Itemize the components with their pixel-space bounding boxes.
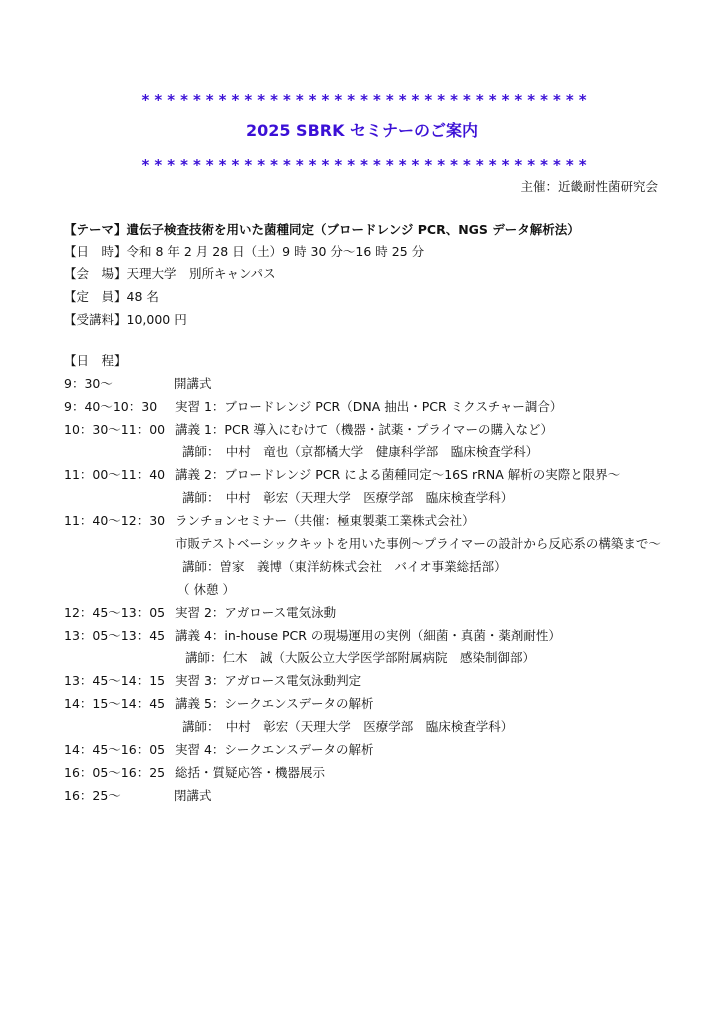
- asterisk-glyph: *: [306, 157, 319, 173]
- schedule-description: 実習 1：ブロードレンジ PCR（DNA 抽出・PCR ミクスチャー調合）: [175, 399, 562, 415]
- schedule-time: 16：25～: [64, 788, 121, 804]
- asterisk-glyph: *: [319, 92, 332, 108]
- asterisk-glyph: *: [139, 157, 152, 173]
- break-label: （ 休憩 ）: [177, 582, 235, 598]
- schedule-description: 講義 4：in-house PCR の現場運用の実例（細菌・真菌・薬剤耐性）: [175, 628, 561, 644]
- asterisk-glyph: *: [319, 157, 332, 173]
- asterisk-glyph: *: [538, 92, 551, 108]
- decorative-star-border-top: ***********************************: [139, 92, 589, 108]
- schedule-description: 開講式: [174, 376, 212, 392]
- schedule-time: 12：45～13：05: [64, 605, 165, 621]
- asterisk-glyph: *: [460, 92, 473, 108]
- asterisk-glyph: *: [473, 157, 486, 173]
- schedule-time: 9：40～10：30: [64, 399, 157, 415]
- asterisk-glyph: *: [486, 92, 499, 108]
- asterisk-glyph: *: [152, 92, 165, 108]
- decorative-star-border-bottom: ***********************************: [139, 157, 589, 173]
- asterisk-glyph: *: [152, 157, 165, 173]
- asterisk-glyph: *: [551, 157, 564, 173]
- asterisk-glyph: *: [499, 157, 512, 173]
- schedule-time: 13：45～14：15: [64, 673, 165, 689]
- asterisk-glyph: *: [358, 92, 371, 108]
- schedule-time: 11：00～11：40: [64, 467, 165, 483]
- asterisk-glyph: *: [139, 92, 152, 108]
- asterisk-glyph: *: [358, 157, 371, 173]
- asterisk-glyph: *: [409, 92, 422, 108]
- lecturer-info: 講師： 中村 彰宏（天理大学 医療学部 臨床検査学科）: [182, 490, 513, 506]
- asterisk-glyph: *: [422, 157, 435, 173]
- asterisk-glyph: *: [216, 92, 229, 108]
- schedule-heading: 【日 程】: [64, 353, 127, 369]
- asterisk-glyph: *: [396, 157, 409, 173]
- asterisk-glyph: *: [203, 92, 216, 108]
- asterisk-glyph: *: [486, 157, 499, 173]
- schedule-time: 11：40～12：30: [64, 513, 165, 529]
- asterisk-glyph: *: [409, 157, 422, 173]
- asterisk-glyph: *: [268, 157, 281, 173]
- asterisk-glyph: *: [370, 157, 383, 173]
- asterisk-glyph: *: [306, 92, 319, 108]
- asterisk-glyph: *: [383, 92, 396, 108]
- asterisk-glyph: *: [576, 92, 589, 108]
- schedule-description: 講義 5：シークエンスデータの解析: [175, 696, 374, 712]
- schedule-description: 閉講式: [174, 788, 212, 804]
- asterisk-glyph: *: [293, 92, 306, 108]
- asterisk-glyph: *: [242, 157, 255, 173]
- asterisk-glyph: *: [242, 92, 255, 108]
- asterisk-glyph: *: [551, 92, 564, 108]
- schedule-description: 総括・質疑応答・機器展示: [175, 765, 325, 781]
- schedule-description: ランチョンセミナー（共催：極東製薬工業株式会社）: [175, 513, 475, 529]
- lecturer-info: 講師： 中村 彰宏（天理大学 医療学部 臨床検査学科）: [182, 719, 513, 735]
- asterisk-glyph: *: [332, 157, 345, 173]
- asterisk-glyph: *: [229, 157, 242, 173]
- schedule-time: 16：05～16：25: [64, 765, 165, 781]
- asterisk-glyph: *: [383, 157, 396, 173]
- lecturer-info: 講師： 中村 竜也（京都橘大学 健康科学部 臨床検査学科）: [182, 444, 538, 460]
- asterisk-glyph: *: [165, 157, 178, 173]
- venue-line: 【会 場】天理大学 別所キャンパス: [64, 266, 276, 282]
- theme-line: 【テーマ】遺伝子検査技術を用いた菌種同定（ブロードレンジ PCR、NGS データ…: [64, 222, 580, 238]
- asterisk-glyph: *: [203, 157, 216, 173]
- asterisk-glyph: *: [525, 157, 538, 173]
- asterisk-glyph: *: [178, 157, 191, 173]
- schedule-time: 14：15～14：45: [64, 696, 165, 712]
- schedule-time: 10：30～11：00: [64, 422, 165, 438]
- page-title: 2025 SBRK セミナーのご案内: [0, 120, 724, 142]
- asterisk-glyph: *: [422, 92, 435, 108]
- asterisk-glyph: *: [165, 92, 178, 108]
- asterisk-glyph: *: [538, 157, 551, 173]
- asterisk-glyph: *: [525, 92, 538, 108]
- schedule-time: 13：05～13：45: [64, 628, 165, 644]
- schedule-time: 9：30～: [64, 376, 113, 392]
- asterisk-glyph: *: [332, 92, 345, 108]
- asterisk-glyph: *: [280, 92, 293, 108]
- lecturer-info: 講師：曽家 義博（東洋紡株式会社 バイオ事業総括部）: [182, 559, 507, 575]
- asterisk-glyph: *: [576, 157, 589, 173]
- asterisk-glyph: *: [229, 92, 242, 108]
- lecturer-info: 講師：仁木 誠（大阪公立大学医学部附属病院 感染制御部）: [185, 650, 535, 666]
- schedule-time: 14：45～16：05: [64, 742, 165, 758]
- asterisk-glyph: *: [448, 92, 461, 108]
- asterisk-glyph: *: [473, 92, 486, 108]
- asterisk-glyph: *: [396, 92, 409, 108]
- capacity-line: 【定 員】48 名: [64, 289, 159, 305]
- schedule-description: 講義 2：ブロードレンジ PCR による菌種同定～16S rRNA 解析の実際と…: [175, 467, 620, 483]
- asterisk-glyph: *: [345, 157, 358, 173]
- organizer-label: 主催：近畿耐性菌研究会: [520, 179, 658, 195]
- asterisk-glyph: *: [216, 157, 229, 173]
- asterisk-glyph: *: [255, 92, 268, 108]
- schedule-description: 実習 4：シークエンスデータの解析: [175, 742, 374, 758]
- asterisk-glyph: *: [435, 157, 448, 173]
- asterisk-glyph: *: [255, 157, 268, 173]
- asterisk-glyph: *: [293, 157, 306, 173]
- asterisk-glyph: *: [512, 157, 525, 173]
- asterisk-glyph: *: [563, 157, 576, 173]
- asterisk-glyph: *: [448, 157, 461, 173]
- asterisk-glyph: *: [190, 92, 203, 108]
- fee-line: 【受講料】10,000 円: [64, 312, 187, 328]
- date-line: 【日 時】令和 8 年 2 月 28 日（土）9 時 30 分～16 時 25 …: [64, 244, 424, 260]
- asterisk-glyph: *: [370, 92, 383, 108]
- asterisk-glyph: *: [563, 92, 576, 108]
- asterisk-glyph: *: [178, 92, 191, 108]
- asterisk-glyph: *: [512, 92, 525, 108]
- seminar-subtitle: 市販テストベーシックキットを用いた事例～プライマーの設計から反応系の構築まで～: [175, 536, 661, 552]
- schedule-description: 講義 1：PCR 導入にむけて（機器・試薬・プライマーの購入など）: [175, 422, 553, 438]
- schedule-description: 実習 2：アガロース電気泳動: [175, 605, 336, 621]
- asterisk-glyph: *: [499, 92, 512, 108]
- document-page: *********************************** 2025…: [0, 0, 724, 1024]
- schedule-description: 実習 3：アガロース電気泳動判定: [175, 673, 361, 689]
- asterisk-glyph: *: [460, 157, 473, 173]
- asterisk-glyph: *: [190, 157, 203, 173]
- asterisk-glyph: *: [345, 92, 358, 108]
- asterisk-glyph: *: [280, 157, 293, 173]
- asterisk-glyph: *: [435, 92, 448, 108]
- asterisk-glyph: *: [268, 92, 281, 108]
